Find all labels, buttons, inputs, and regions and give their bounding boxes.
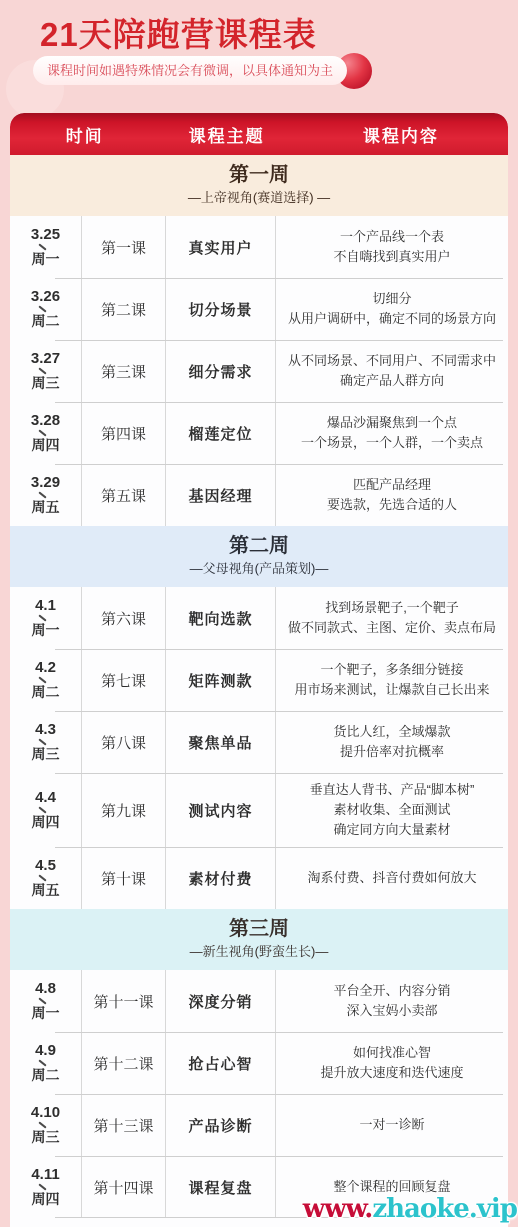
date-value: 4.2 [35, 659, 56, 676]
watermark-domain: zhaoke.vip [372, 1194, 517, 1224]
topic-cell: 靶向选款 [166, 587, 276, 649]
header-topic: 课程主题 [159, 122, 293, 147]
content-cell: 平台全开、内容分销深入宝妈小卖部 [276, 970, 508, 1032]
date-separator [38, 738, 46, 745]
topic-cell: 抢占心智 [166, 1032, 276, 1094]
week-band: 第一周 —上帝视角(赛道选择) — [10, 155, 508, 216]
date-value: 4.8 [35, 980, 56, 997]
week-rows: 3.25 周一 第一课 真实用户 一个产品线一个表不自嗨找到真实用户 3.26 … [10, 216, 508, 526]
topic-cell: 细分需求 [166, 340, 276, 402]
date-separator [38, 1060, 46, 1067]
date-separator [38, 367, 46, 374]
content-cell: 找到场景靶子,一个靶子做不同款式、主图、定价、卖点布局 [276, 587, 508, 649]
topic-cell: 测试内容 [166, 773, 276, 847]
content-cell: 货比人红，全域爆款提升倍率对抗概率 [276, 711, 508, 773]
week-title: 第一周 [10, 163, 508, 187]
table-row: 4.2 周二 第七课 矩阵测款 一个靶子，多条细分链接用市场来测试，让爆款自己长… [10, 649, 508, 711]
date-cell: 4.3 周三 [10, 711, 82, 773]
date-separator [38, 243, 46, 250]
date-value: 4.11 [31, 1166, 59, 1183]
date-value: 4.1 [35, 597, 56, 614]
table-row: 3.27 周三 第三课 细分需求 从不同场景、不同用户、不同需求中确定产品人群方… [10, 340, 508, 402]
date-separator [38, 429, 46, 436]
content-cell: 一对一诊断 [276, 1094, 508, 1156]
table-row: 3.25 周一 第一课 真实用户 一个产品线一个表不自嗨找到真实用户 [10, 216, 508, 278]
content-cell: 一个靶子，多条细分链接用市场来测试，让爆款自己长出来 [276, 649, 508, 711]
lesson-cell: 第五课 [82, 464, 166, 526]
weekday-value: 周二 [32, 684, 60, 701]
date-cell: 3.28 周四 [10, 402, 82, 464]
date-cell: 4.8 周一 [10, 970, 82, 1032]
date-separator [38, 1184, 46, 1191]
date-value: 4.9 [35, 1042, 56, 1059]
weekday-value: 周二 [32, 313, 60, 330]
week-subtitle: —上帝视角(赛道选择) — [10, 190, 508, 206]
date-cell: 4.11 周四 [10, 1156, 82, 1218]
content-cell: 匹配产品经理要选款，先选合适的人 [276, 464, 508, 526]
week-section: 第三周 —新生视角(野蛮生长)— 4.8 周一 第十一课 深度分销 平台全开、内… [10, 909, 508, 1218]
lesson-cell: 第二课 [82, 278, 166, 340]
header-time: 时间 [10, 122, 159, 147]
topic-cell: 素材付费 [166, 847, 276, 909]
table-row: 4.10 周三 第十三课 产品诊断 一对一诊断 [10, 1094, 508, 1156]
date-cell: 3.29 周五 [10, 464, 82, 526]
date-cell: 4.9 周二 [10, 1032, 82, 1094]
week-subtitle: —新生视角(野蛮生长)— [10, 944, 508, 960]
date-separator [38, 676, 46, 683]
date-value: 4.4 [35, 789, 56, 806]
date-cell: 3.26 周二 [10, 278, 82, 340]
lesson-cell: 第四课 [82, 402, 166, 464]
lesson-cell: 第十四课 [82, 1156, 166, 1218]
content-cell: 淘系付费、抖音付费如何放大 [276, 847, 508, 909]
lesson-cell: 第一课 [82, 216, 166, 278]
content-cell: 如何找准心智提升放大速度和迭代速度 [276, 1032, 508, 1094]
table-row: 3.28 周四 第四课 榴莲定位 爆品沙漏聚焦到一个点一个场景，一个人群，一个卖… [10, 402, 508, 464]
weekday-value: 周三 [32, 375, 60, 392]
weekday-value: 周三 [32, 746, 60, 763]
table-body: 第一周 —上帝视角(赛道选择) — 3.25 周一 第一课 真实用户 一个产品线… [10, 155, 508, 1218]
date-separator [38, 305, 46, 312]
weekday-value: 周一 [32, 622, 60, 639]
week-band: 第三周 —新生视角(野蛮生长)— [10, 909, 508, 970]
topic-cell: 榴莲定位 [166, 402, 276, 464]
lesson-cell: 第十课 [82, 847, 166, 909]
date-separator [38, 1122, 46, 1129]
table-row: 3.29 周五 第五课 基因经理 匹配产品经理要选款，先选合适的人 [10, 464, 508, 526]
watermark: www.zhaoke.vip [303, 1194, 517, 1224]
table-row: 4.5 周五 第十课 素材付费 淘系付费、抖音付费如何放大 [10, 847, 508, 909]
weekday-value: 周三 [32, 1129, 60, 1146]
content-cell: 一个产品线一个表不自嗨找到真实用户 [276, 216, 508, 278]
date-value: 4.10 [31, 1104, 60, 1121]
date-value: 3.29 [31, 474, 60, 491]
lesson-cell: 第九课 [82, 773, 166, 847]
lesson-cell: 第八课 [82, 711, 166, 773]
topic-cell: 聚焦单品 [166, 711, 276, 773]
date-value: 3.26 [31, 288, 60, 305]
table-row: 4.1 周一 第六课 靶向选款 找到场景靶子,一个靶子做不同款式、主图、定价、卖… [10, 587, 508, 649]
topic-cell: 切分场景 [166, 278, 276, 340]
notice-pill: 课程时间如遇特殊情况会有微调，以具体通知为主 [33, 56, 347, 85]
date-value: 3.25 [31, 226, 60, 243]
weekday-value: 周二 [32, 1067, 60, 1084]
watermark-www: www. [303, 1194, 373, 1224]
content-cell: 切细分从用户调研中，确定不同的场景方向 [276, 278, 508, 340]
topic-cell: 矩阵测款 [166, 649, 276, 711]
date-separator [38, 875, 46, 882]
week-title: 第三周 [10, 917, 508, 941]
weekday-value: 周四 [32, 814, 60, 831]
date-cell: 4.10 周三 [10, 1094, 82, 1156]
weekday-value: 周五 [32, 882, 60, 899]
date-value: 3.28 [31, 412, 60, 429]
date-separator [38, 614, 46, 621]
weekday-value: 周四 [32, 437, 60, 454]
table-row: 4.4 周四 第九课 测试内容 垂直达人背书、产品“脚本树”素材收集、全面测试确… [10, 773, 508, 847]
date-separator [38, 491, 46, 498]
lesson-cell: 第十三课 [82, 1094, 166, 1156]
lesson-cell: 第三课 [82, 340, 166, 402]
lesson-cell: 第六课 [82, 587, 166, 649]
date-cell: 4.5 周五 [10, 847, 82, 909]
week-rows: 4.8 周一 第十一课 深度分销 平台全开、内容分销深入宝妈小卖部 4.9 周二… [10, 970, 508, 1218]
lesson-cell: 第七课 [82, 649, 166, 711]
date-separator [38, 998, 46, 1005]
content-cell: 从不同场景、不同用户、不同需求中确定产品人群方向 [276, 340, 508, 402]
date-cell: 4.2 周二 [10, 649, 82, 711]
weekday-value: 周四 [32, 1191, 60, 1208]
week-section: 第一周 —上帝视角(赛道选择) — 3.25 周一 第一课 真实用户 一个产品线… [10, 155, 508, 526]
table-row: 4.8 周一 第十一课 深度分销 平台全开、内容分销深入宝妈小卖部 [10, 970, 508, 1032]
week-subtitle: —父母视角(产品策划)— [10, 561, 508, 577]
date-cell: 3.27 周三 [10, 340, 82, 402]
lesson-cell: 第十一课 [82, 970, 166, 1032]
date-value: 4.5 [35, 857, 56, 874]
notice-pill-wrap: 课程时间如遇特殊情况会有微调，以具体通知为主 [33, 56, 347, 88]
date-cell: 4.1 周一 [10, 587, 82, 649]
week-section: 第二周 —父母视角(产品策划)— 4.1 周一 第六课 靶向选款 找到场景靶子,… [10, 526, 508, 909]
lesson-cell: 第十二课 [82, 1032, 166, 1094]
content-cell: 爆品沙漏聚焦到一个点一个场景，一个人群，一个卖点 [276, 402, 508, 464]
table-row: 4.3 周三 第八课 聚焦单品 货比人红，全域爆款提升倍率对抗概率 [10, 711, 508, 773]
date-cell: 3.25 周一 [10, 216, 82, 278]
date-value: 4.3 [35, 721, 56, 738]
date-cell: 4.4 周四 [10, 773, 82, 847]
hero-header: 21天陪跑营课程表 课程时间如遇特殊情况会有微调，以具体通知为主 [0, 0, 518, 113]
table-row: 3.26 周二 第二课 切分场景 切细分从用户调研中，确定不同的场景方向 [10, 278, 508, 340]
topic-cell: 产品诊断 [166, 1094, 276, 1156]
week-band: 第二周 —父母视角(产品策划)— [10, 526, 508, 587]
weekday-value: 周一 [32, 251, 60, 268]
header-content: 课程内容 [294, 122, 508, 147]
week-title: 第二周 [10, 534, 508, 558]
schedule-table: 时间 课程主题 课程内容 第一周 —上帝视角(赛道选择) — 3.25 周一 第… [10, 113, 508, 1227]
date-value: 3.27 [31, 350, 60, 367]
table-row: 4.9 周二 第十二课 抢占心智 如何找准心智提升放大速度和迭代速度 [10, 1032, 508, 1094]
weekday-value: 周五 [32, 499, 60, 516]
content-cell: 垂直达人背书、产品“脚本树”素材收集、全面测试确定同方向大量素材 [276, 773, 508, 847]
table-header-row: 时间 课程主题 课程内容 [10, 113, 508, 155]
topic-cell: 基因经理 [166, 464, 276, 526]
topic-cell: 课程复盘 [166, 1156, 276, 1218]
topic-cell: 深度分销 [166, 970, 276, 1032]
page-title: 21天陪跑营课程表 [40, 9, 317, 56]
week-rows: 4.1 周一 第六课 靶向选款 找到场景靶子,一个靶子做不同款式、主图、定价、卖… [10, 587, 508, 909]
topic-cell: 真实用户 [166, 216, 276, 278]
weekday-value: 周一 [32, 1005, 60, 1022]
date-separator [38, 807, 46, 814]
